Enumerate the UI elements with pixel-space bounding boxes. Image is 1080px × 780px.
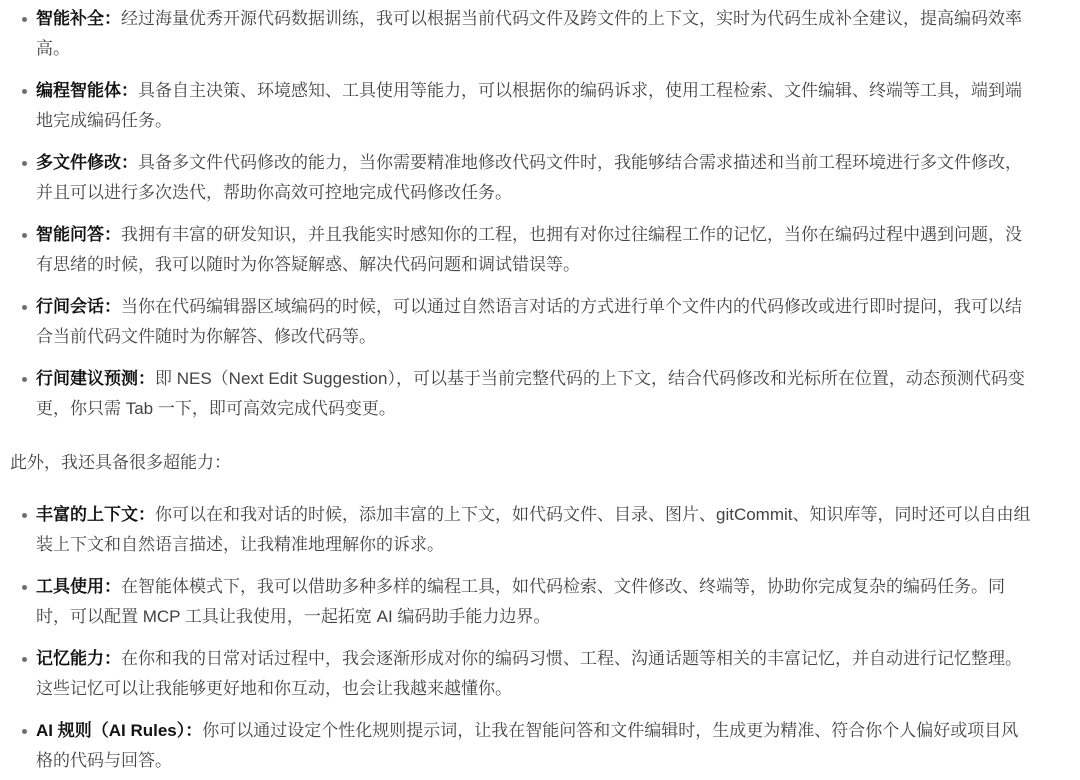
list-item-next-edit-suggestion: 行间建议预测：即 NES（Next Edit Suggestion），可以基于当… bbox=[10, 364, 1032, 424]
item-term: 智能补全： bbox=[36, 9, 121, 28]
item-description: 在你和我的日常对话过程中，我会逐渐形成对你的编码习惯、工程、沟通话题等相关的丰富… bbox=[36, 649, 1022, 698]
item-description: 即 NES（Next Edit Suggestion），可以基于当前完整代码的上… bbox=[36, 369, 1025, 418]
item-term: 编程智能体： bbox=[36, 81, 138, 100]
list-item-smart-completion: 智能补全：经过海量优秀开源代码数据训练，我可以根据当前代码文件及跨文件的上下文，… bbox=[10, 4, 1032, 64]
item-description: 具备多文件代码修改的能力，当你需要精准地修改代码文件时，我能够结合需求描述和当前… bbox=[36, 153, 1022, 202]
list-item-smart-qa: 智能问答：我拥有丰富的研发知识，并且我能实时感知你的工程，也拥有对你过往编程工作… bbox=[10, 220, 1032, 280]
item-term: 行间会话： bbox=[36, 297, 121, 316]
item-description: 当你在代码编辑器区域编码的时候，可以通过自然语言对话的方式进行单个文件内的代码修… bbox=[36, 297, 1022, 346]
list-item-tool-use: 工具使用：在智能体模式下，我可以借助多种多样的编程工具，如代码检索、文件修改、终… bbox=[10, 572, 1032, 632]
item-term: 记忆能力： bbox=[36, 649, 121, 668]
item-description: 经过海量优秀开源代码数据训练，我可以根据当前代码文件及跨文件的上下文，实时为代码… bbox=[36, 9, 1022, 58]
item-term: 丰富的上下文： bbox=[36, 505, 155, 524]
document-content: 智能补全：经过海量优秀开源代码数据训练，我可以根据当前代码文件及跨文件的上下文，… bbox=[0, 0, 1080, 776]
item-description: 具备自主决策、环境感知、工具使用等能力，可以根据你的编码诉求，使用工程检索、文件… bbox=[36, 81, 1022, 130]
list-item-memory: 记忆能力：在你和我的日常对话过程中，我会逐渐形成对你的编码习惯、工程、沟通话题等… bbox=[10, 644, 1032, 704]
document-body: { "page": { "background_color": "#ffffff… bbox=[0, 0, 1080, 780]
list-item-coding-agent: 编程智能体：具备自主决策、环境感知、工具使用等能力，可以根据你的编码诉求，使用工… bbox=[10, 76, 1032, 136]
capabilities-list: 智能补全：经过海量优秀开源代码数据训练，我可以根据当前代码文件及跨文件的上下文，… bbox=[10, 4, 1032, 424]
item-term: 多文件修改： bbox=[36, 153, 138, 172]
list-item-inline-chat: 行间会话：当你在代码编辑器区域编码的时候，可以通过自然语言对话的方式进行单个文件… bbox=[10, 292, 1032, 352]
list-item-rich-context: 丰富的上下文：你可以在和我对话的时候，添加丰富的上下文，如代码文件、目录、图片、… bbox=[10, 500, 1032, 560]
item-term: 行间建议预测： bbox=[36, 369, 155, 388]
item-description: 我拥有丰富的研发知识，并且我能实时感知你的工程，也拥有对你过往编程工作的记忆，当… bbox=[36, 225, 1022, 274]
item-description: 你可以在和我对话的时候，添加丰富的上下文，如代码文件、目录、图片、gitComm… bbox=[36, 505, 1031, 554]
interlude-paragraph: 此外，我还具备很多超能力： bbox=[10, 448, 1032, 478]
list-item-ai-rules: AI 规则（AI Rules）：你可以通过设定个性化规则提示词，让我在智能问答和… bbox=[10, 716, 1032, 776]
item-term: 智能问答： bbox=[36, 225, 121, 244]
item-description: 在智能体模式下，我可以借助多种多样的编程工具，如代码检索、文件修改、终端等，协助… bbox=[36, 577, 1005, 626]
list-item-multi-file-edit: 多文件修改：具备多文件代码修改的能力，当你需要精准地修改代码文件时，我能够结合需… bbox=[10, 148, 1032, 208]
item-term: 工具使用： bbox=[36, 577, 121, 596]
superpowers-list: 丰富的上下文：你可以在和我对话的时候，添加丰富的上下文，如代码文件、目录、图片、… bbox=[10, 500, 1032, 776]
item-term: AI 规则（AI Rules）： bbox=[36, 721, 202, 740]
